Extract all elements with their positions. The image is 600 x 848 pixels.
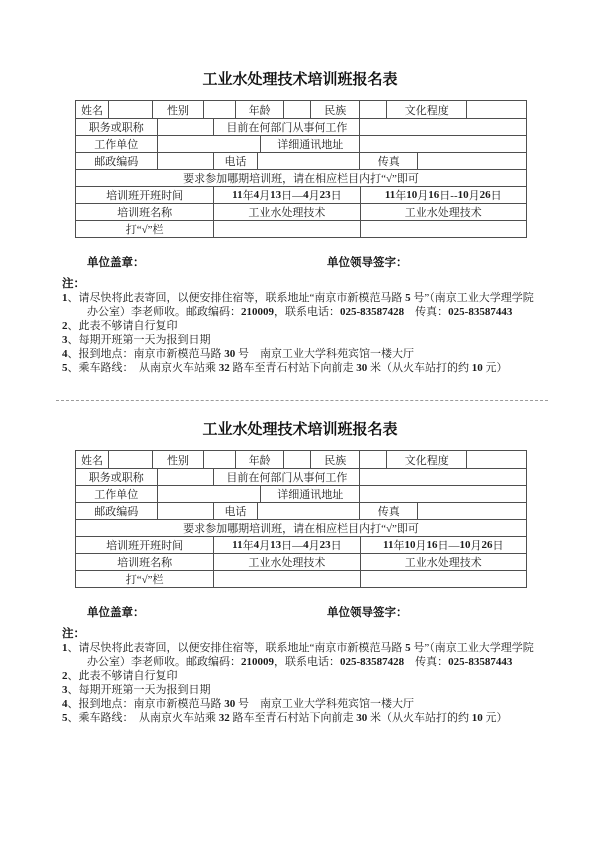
session-1-check	[213, 221, 359, 237]
number: 210009	[241, 306, 274, 318]
number: 10	[472, 712, 483, 724]
notes-section: 注： 1、请尽快将此表寄回，以便安排住宿等，联系地址“南京市新模范马路 5 号”…	[62, 627, 536, 725]
label-education: 文化程度	[386, 101, 466, 118]
table-row: 姓名性别年龄民族文化程度	[76, 101, 526, 118]
label-position: 职务或职称	[76, 119, 157, 135]
form-title: 工业水处理技术培训班报名表	[0, 420, 600, 440]
session-1-course: 工业水处理技术	[213, 204, 359, 220]
table-row: 职务或职称目前在何部门从事何工作	[76, 468, 526, 485]
number: 11	[232, 189, 242, 201]
value-address	[359, 486, 526, 502]
label-age: 年龄	[235, 101, 283, 118]
registration-form-2: 工业水处理技术培训班报名表 姓名性别年龄民族文化程度职务或职称目前在何部门从事何…	[0, 420, 600, 725]
label-position: 职务或职称	[76, 469, 157, 485]
value-position	[157, 119, 214, 135]
label-course-name: 培训班名称	[76, 204, 213, 220]
note-line-5: 5、乘车路线： 从南京火车站乘 32 路车至青石村站下向前走 30 米（从火车站…	[62, 711, 536, 725]
number: 10	[404, 539, 415, 551]
session-2-dates: 11 年 10 月 16 日--10 月 26 日	[360, 187, 527, 203]
number: 11	[232, 539, 242, 551]
note-line-4: 4、报到地点：南京市新模范马路 30 号 南京工业大学科苑宾馆一楼大厅	[62, 697, 536, 711]
table-row: 打“√”栏	[76, 570, 526, 587]
note-line-2: 2、此表不够请自行复印	[62, 669, 536, 683]
stamp-signature-row: 单位盖章： 单位领导签字：	[0, 254, 600, 269]
number: 025-83587428	[340, 306, 404, 318]
number: 4	[62, 698, 68, 710]
number: 3	[62, 334, 68, 346]
unit-stamp-label: 单位盖章：	[87, 254, 145, 270]
label-phone: 电话	[213, 153, 257, 169]
table-row: 工作单位详细通讯地址	[76, 485, 526, 502]
notes-list: 1、请尽快将此表寄回，以便安排住宿等，联系地址“南京市新模范马路 5 号”（南京…	[62, 291, 536, 375]
number: 16	[426, 539, 437, 551]
note-line-1: 1、请尽快将此表寄回，以便安排住宿等，联系地址“南京市新模范马路 5 号”（南京…	[62, 291, 536, 319]
note-line-3: 3、每期开班第一天为报到日期	[62, 333, 536, 347]
session-1-course: 工业水处理技术	[213, 554, 359, 570]
label-postcode: 邮政编码	[76, 503, 157, 519]
value-ethnicity	[359, 451, 386, 468]
table-row: 工作单位详细通讯地址	[76, 135, 526, 152]
session-2-check	[360, 571, 527, 587]
value-age	[283, 101, 310, 118]
number: 10	[406, 189, 417, 201]
unit-leader-signature-label: 单位领导签字：	[327, 254, 408, 270]
label-education: 文化程度	[386, 451, 466, 468]
label-name: 姓名	[76, 101, 108, 118]
session-2-course: 工业水处理技术	[360, 554, 527, 570]
number: 5	[405, 292, 411, 304]
table-row: 培训班开班时间11 年 4 月 13 日—4 月 23 日11 年 10 月 1…	[76, 536, 526, 553]
table-row: 培训班开班时间11 年 4 月 13 日—4 月 23 日11 年 10 月 1…	[76, 186, 526, 203]
value-name	[108, 101, 152, 118]
notes-section: 注： 1、请尽快将此表寄回，以便安排住宿等，联系地址“南京市新模范马路 5 号”…	[62, 277, 536, 375]
label-name: 姓名	[76, 451, 108, 468]
table-row: 邮政编码电话传真	[76, 502, 526, 519]
label-gender: 性别	[152, 451, 204, 468]
value-postcode	[157, 503, 214, 519]
session-1-check	[213, 571, 359, 587]
number: 4	[254, 539, 260, 551]
number: 26	[480, 189, 491, 201]
table-row: 要求参加哪期培训班，请在相应栏目内打“√”即可	[76, 519, 526, 536]
session-1-dates: 11 年 4 月 13 日—4 月 23 日	[213, 537, 359, 553]
label-gender: 性别	[152, 101, 204, 118]
document-page: { "forms": [ { "title": "工业水处理技术培训班报名表",…	[0, 0, 600, 848]
label-address: 详细通讯地址	[260, 136, 359, 152]
label-employer: 工作单位	[76, 486, 157, 502]
table-row: 邮政编码电话传真	[76, 152, 526, 169]
session-2-course: 工业水处理技术	[360, 204, 527, 220]
number: 26	[481, 539, 492, 551]
value-gender	[203, 101, 235, 118]
value-employer	[157, 136, 261, 152]
number: 025-83587443	[448, 656, 512, 668]
number: 23	[320, 539, 331, 551]
table-row: 职务或职称目前在何部门从事何工作	[76, 118, 526, 135]
value-gender	[203, 451, 235, 468]
number: 13	[270, 539, 281, 551]
label-course-name: 培训班名称	[76, 554, 213, 570]
stamp-signature-row: 单位盖章： 单位领导签字：	[0, 604, 600, 619]
label-ethnicity: 民族	[310, 451, 360, 468]
number: 1	[62, 292, 68, 304]
label-phone: 电话	[213, 503, 257, 519]
table-row: 姓名性别年龄民族文化程度	[76, 451, 526, 468]
number: 30	[356, 712, 367, 724]
label-age: 年龄	[235, 451, 283, 468]
value-phone	[257, 153, 360, 169]
instruction-check-session: 要求参加哪期培训班，请在相应栏目内打“√”即可	[76, 520, 526, 536]
label-fax: 传真	[359, 153, 417, 169]
number: 210009	[241, 656, 274, 668]
instruction-check-session: 要求参加哪期培训班，请在相应栏目内打“√”即可	[76, 170, 526, 186]
note-line-1: 1、请尽快将此表寄回，以便安排住宿等，联系地址“南京市新模范马路 5 号”（南京…	[62, 641, 536, 669]
note-line-4: 4、报到地点：南京市新模范马路 30 号 南京工业大学科苑宾馆一楼大厅	[62, 347, 536, 361]
label-current-work: 目前在何部门从事何工作	[213, 119, 359, 135]
number: 30	[224, 698, 235, 710]
label-ethnicity: 民族	[310, 101, 360, 118]
label-current-work: 目前在何部门从事何工作	[213, 469, 359, 485]
number: 10	[472, 362, 483, 374]
table-row: 培训班名称工业水处理技术工业水处理技术	[76, 203, 526, 220]
value-age	[283, 451, 310, 468]
label-employer: 工作单位	[76, 136, 157, 152]
notes-list: 1、请尽快将此表寄回，以便安排住宿等，联系地址“南京市新模范马路 5 号”（南京…	[62, 641, 536, 725]
label-session-dates: 培训班开班时间	[76, 537, 213, 553]
number: 4	[62, 348, 68, 360]
number: 5	[62, 362, 68, 374]
registration-form-1: 工业水处理技术培训班报名表 姓名性别年龄民族文化程度职务或职称目前在何部门从事何…	[0, 70, 600, 375]
note-line-5: 5、乘车路线： 从南京火车站乘 32 路车至青石村站下向前走 30 米（从火车站…	[62, 361, 536, 375]
number: 4	[254, 189, 260, 201]
unit-stamp-label: 单位盖章：	[87, 604, 145, 620]
number: 11	[385, 189, 395, 201]
registration-table: 姓名性别年龄民族文化程度职务或职称目前在何部门从事何工作工作单位详细通讯地址邮政…	[75, 450, 527, 588]
number: 30	[356, 362, 367, 374]
note-line-3: 3、每期开班第一天为报到日期	[62, 683, 536, 697]
number: 1	[62, 642, 68, 654]
label-address: 详细通讯地址	[260, 486, 359, 502]
number: 13	[270, 189, 281, 201]
session-2-dates: 11 年 10 月 16 日—10 月 26 日	[360, 537, 527, 553]
value-current-work	[359, 469, 526, 485]
form-title: 工业水处理技术培训班报名表	[0, 70, 600, 90]
number: 025-83587428	[340, 656, 404, 668]
unit-leader-signature-label: 单位领导签字：	[327, 604, 408, 620]
value-name	[108, 451, 152, 468]
number: 10	[458, 189, 469, 201]
value-postcode	[157, 153, 214, 169]
table-row: 要求参加哪期培训班，请在相应栏目内打“√”即可	[76, 169, 526, 186]
value-position	[157, 469, 214, 485]
value-education	[466, 451, 526, 468]
notes-title: 注：	[62, 277, 536, 291]
value-fax	[417, 153, 526, 169]
value-education	[466, 101, 526, 118]
value-address	[359, 136, 526, 152]
number: 2	[62, 320, 68, 332]
number: 5	[405, 642, 411, 654]
registration-table: 姓名性别年龄民族文化程度职务或职称目前在何部门从事何工作工作单位详细通讯地址邮政…	[75, 100, 527, 238]
label-check-row: 打“√”栏	[76, 571, 213, 587]
label-fax: 传真	[359, 503, 417, 519]
session-2-check	[360, 221, 527, 237]
number: 30	[224, 348, 235, 360]
number: 5	[62, 712, 68, 724]
number: 16	[428, 189, 439, 201]
number: 025-83587443	[448, 306, 512, 318]
value-ethnicity	[359, 101, 386, 118]
label-check-row: 打“√”栏	[76, 221, 213, 237]
notes-title: 注：	[62, 627, 536, 641]
number: 2	[62, 670, 68, 682]
value-employer	[157, 486, 261, 502]
number: 23	[320, 189, 331, 201]
session-1-dates: 11 年 4 月 13 日—4 月 23 日	[213, 187, 359, 203]
number: 3	[62, 684, 68, 696]
number: 4	[303, 189, 309, 201]
number: 32	[219, 362, 230, 374]
label-postcode: 邮政编码	[76, 153, 157, 169]
table-row: 打“√”栏	[76, 220, 526, 237]
value-current-work	[359, 119, 526, 135]
table-row: 培训班名称工业水处理技术工业水处理技术	[76, 553, 526, 570]
label-session-dates: 培训班开班时间	[76, 187, 213, 203]
cut-line-divider	[56, 400, 548, 401]
number: 32	[219, 712, 230, 724]
value-phone	[257, 503, 360, 519]
number: 10	[459, 539, 470, 551]
number: 11	[383, 539, 393, 551]
value-fax	[417, 503, 526, 519]
note-line-2: 2、此表不够请自行复印	[62, 319, 536, 333]
number: 4	[303, 539, 309, 551]
